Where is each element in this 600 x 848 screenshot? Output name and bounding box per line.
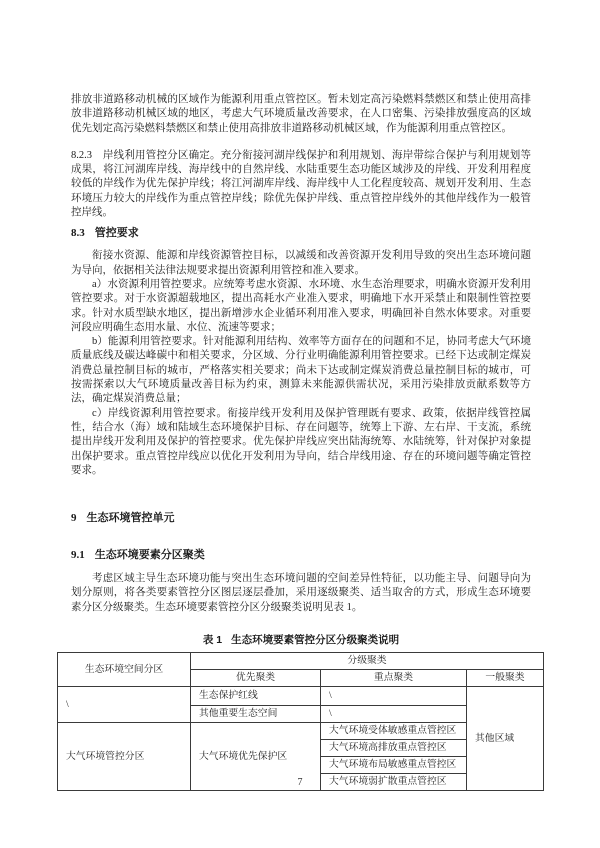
table-1-caption-label: 表 1 <box>203 634 222 646</box>
paragraph-9-1-clustering: 考虑区域主导生态环境功能与突出生态环境问题的空间差异性特征，以功能主导、问题导向… <box>71 572 531 615</box>
table-1-cluster-description: 生态环境空间分区 分级聚类 优先聚类 重点聚类 一般聚类 \ 生态保护红线 \ … <box>57 652 544 791</box>
table-cell-other-area: 其他区域 <box>467 687 544 791</box>
section-8-3-heading: 8.3管控要求 <box>71 226 531 241</box>
table-1-caption: 表 1生态环境要素管控分区分级聚类说明 <box>71 633 531 647</box>
table-cell-atmos-high-emission: 大气环境高排放重点管控区 <box>321 740 467 757</box>
paragraph-energy-zone-continuation: 排放非道路移动机械的区域作为能源利用重点管控区。暂未划定高污染燃料禁燃区和禁止使… <box>71 93 531 136</box>
paragraph-8-3-intro: 衔接水资源、能源和岸线资源管控目标，以减缓和改善资源开发利用导致的突出生态环境问… <box>71 249 531 278</box>
table-cell-space-none: \ <box>58 687 191 723</box>
table-cell-other-eco-space: 其他重要生态空间 <box>191 706 321 723</box>
table-header-key-cluster: 重点聚类 <box>321 670 467 687</box>
page-content: 排放非道路移动机械的区域作为能源利用重点管控区。暂未划定高污染燃料禁燃区和禁止使… <box>71 0 531 791</box>
chapter-9-title: 生态环境管控单元 <box>87 512 175 524</box>
section-8-3-title: 管控要求 <box>95 227 139 239</box>
table-header-general-cluster: 一般聚类 <box>467 670 544 687</box>
paragraph-shoreline-item-c: c）岸线资源利用管控要求。衔接岸线开发利用及保护管理既有要求、政策，依据岸线管控… <box>71 407 531 478</box>
table-1-caption-text: 生态环境要素管控分区分级聚类说明 <box>231 634 399 646</box>
document-page: 排放非道路移动机械的区域作为能源利用重点管控区。暂未划定高污染燃料禁燃区和禁止使… <box>0 0 600 848</box>
table-header-priority-cluster: 优先聚类 <box>191 670 321 687</box>
paragraph-energy-use-item-b: b）能源利用管控要求。针对能源利用结构、效率等方面存在的问题和不足，协同考虑大气… <box>71 335 531 406</box>
table-cell-eco-redline: 生态保护红线 <box>191 687 321 706</box>
table-header-space-partition: 生态环境空间分区 <box>58 653 191 687</box>
chapter-9-number: 9 <box>71 512 77 524</box>
chapter-9-heading: 9生态环境管控单元 <box>71 511 531 526</box>
page-number: 7 <box>0 777 600 788</box>
table-header-cluster-group: 分级聚类 <box>191 653 544 670</box>
section-9-1-number: 9.1 <box>71 549 85 561</box>
table-cell-atmos-receptor-sensitive: 大气环境受体敏感重点管控区 <box>321 723 467 740</box>
table-cell-r1-key-none: \ <box>321 687 467 706</box>
table-cell-r2-key-none: \ <box>321 706 467 723</box>
section-9-1-title: 生态环境要素分区聚类 <box>95 549 205 561</box>
paragraph-water-resource-item-a: a）水资源利用管控要求。应统筹考虑水资源、水环境、水生态治理要求，明确水资源开发… <box>71 278 531 335</box>
section-8-3-number: 8.3 <box>71 227 85 239</box>
clause-8-2-3-paragraph: 8.2.3 岸线利用管控分区确定。充分衔接河湖岸线保护和利用规划、海岸带综合保护… <box>71 149 531 220</box>
table-cell-atmos-layout-sensitive: 大气环境布局敏感重点管控区 <box>321 757 467 774</box>
section-9-1-heading: 9.1生态环境要素分区聚类 <box>71 548 531 563</box>
